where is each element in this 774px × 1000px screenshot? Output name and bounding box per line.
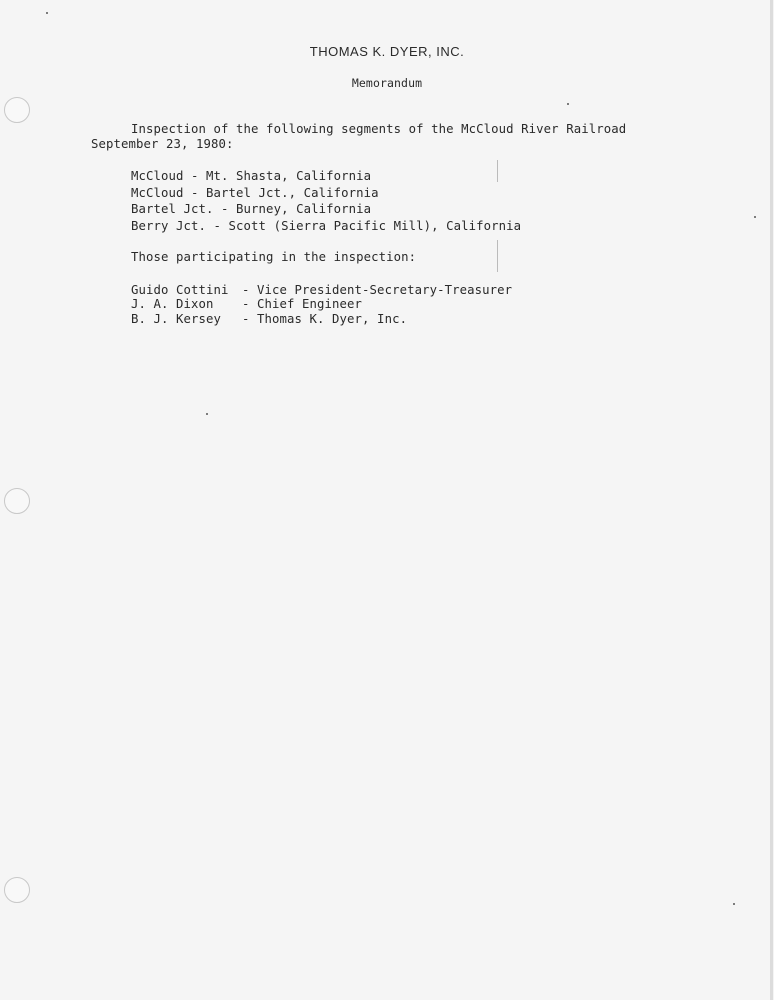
scan-mark (497, 160, 498, 182)
company-name: THOMAS K. DYER, INC. (0, 44, 774, 59)
segment-item: McCloud - Bartel Jct., California (131, 186, 379, 200)
memo-page: THOMAS K. DYER, INC. Memorandum Inspecti… (0, 0, 773, 1000)
participant-name: B. J. Kersey (131, 312, 221, 326)
memo-title: Memorandum (0, 76, 774, 90)
punch-hole (4, 488, 30, 514)
segment-item: Bartel Jct. - Burney, California (131, 202, 371, 216)
segment-item: McCloud - Mt. Shasta, California (131, 169, 371, 183)
participant-name: Guido Cottini (131, 283, 229, 297)
intro-line-1: Inspection of the following segments of … (131, 122, 626, 136)
segment-item: Berry Jct. - Scott (Sierra Pacific Mill)… (131, 219, 521, 233)
scan-speck (754, 216, 756, 218)
participant-role: - Chief Engineer (242, 297, 362, 311)
scan-speck (567, 103, 569, 105)
participant-role: - Vice President-Secretary-Treasurer (242, 283, 512, 297)
participant-name: J. A. Dixon (131, 297, 214, 311)
intro-line-2: September 23, 1980: (91, 137, 234, 151)
scan-mark (497, 240, 498, 272)
participant-role: - Thomas K. Dyer, Inc. (242, 312, 407, 326)
scan-speck (46, 12, 48, 14)
scan-speck (206, 413, 208, 415)
participants-heading: Those participating in the inspection: (131, 250, 416, 264)
scan-speck (733, 903, 735, 905)
punch-hole (4, 877, 30, 903)
punch-hole (4, 97, 30, 123)
